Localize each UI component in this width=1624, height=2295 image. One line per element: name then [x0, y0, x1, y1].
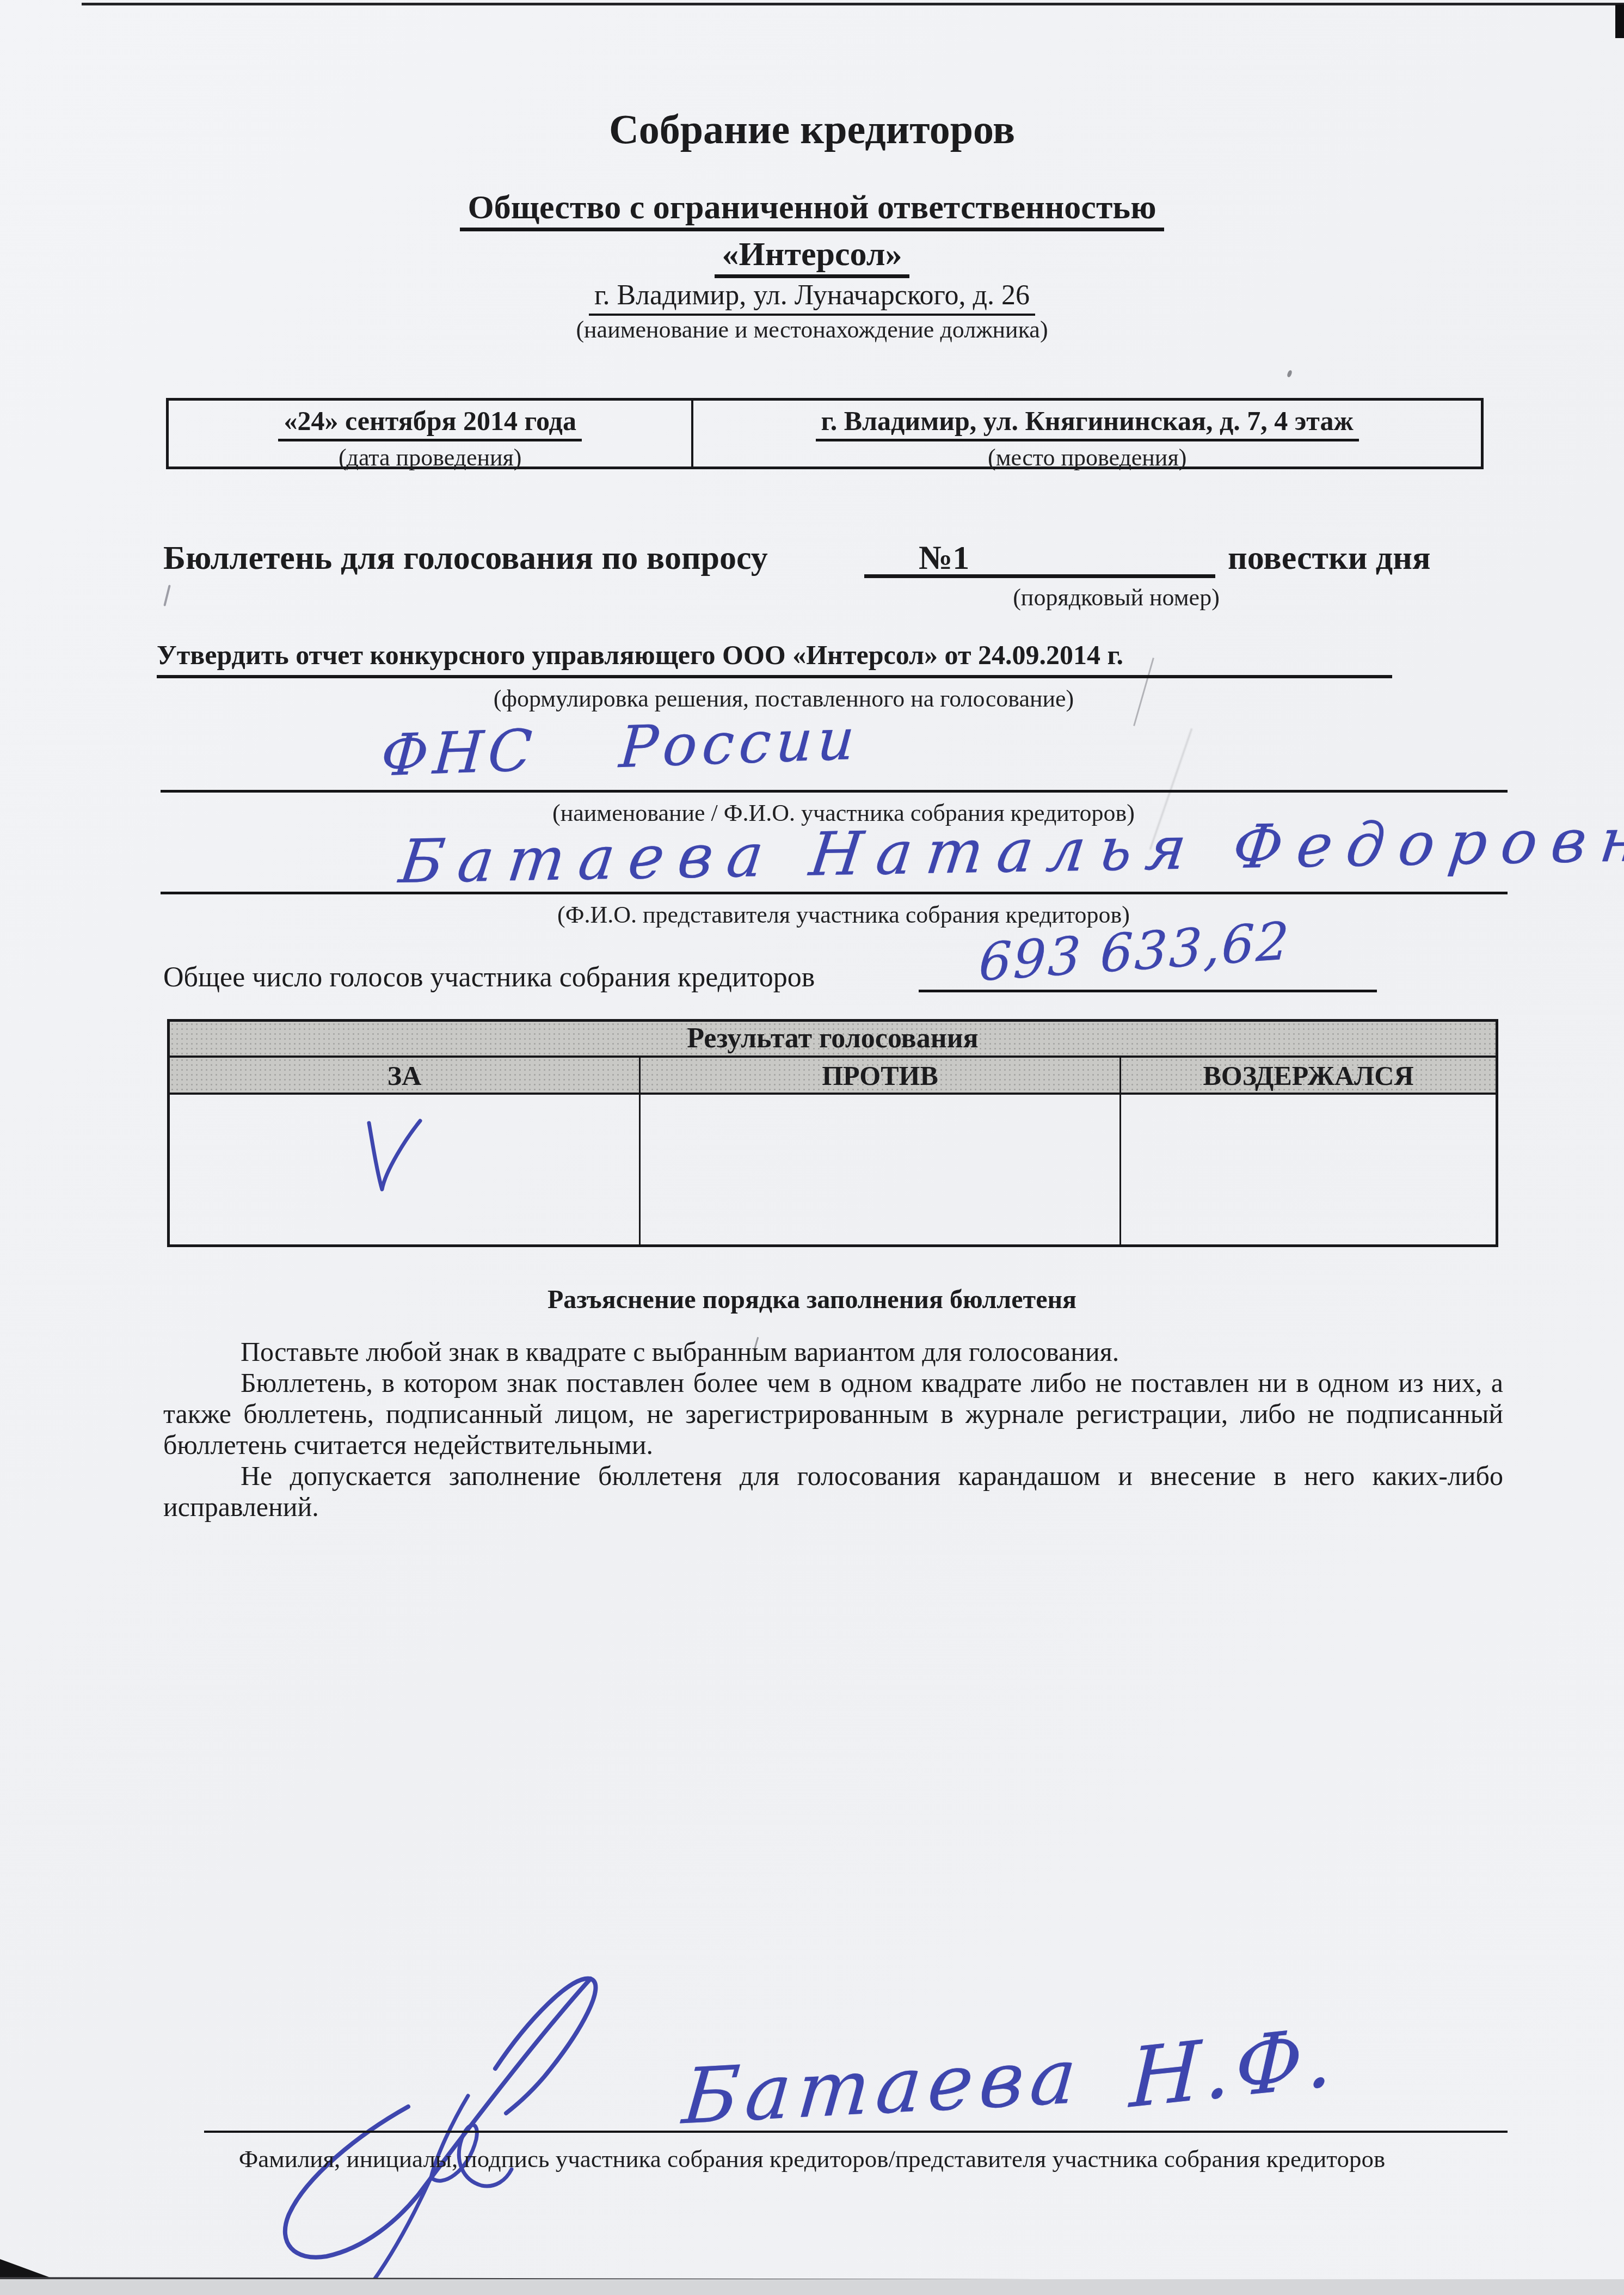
- decision-text: Утвердить отчет конкурсного управляющего…: [157, 638, 1392, 678]
- debtor-caption: (наименование и местонахождение должника…: [0, 316, 1624, 343]
- ballot-question-number-field: №1: [864, 542, 1215, 578]
- stray-pen-mark: [1287, 370, 1293, 378]
- representative-fill-line: [161, 892, 1508, 894]
- column-header-vozderzhalsya: ВОЗДЕРЖАЛСЯ: [1121, 1058, 1496, 1093]
- voting-result-table: Результат голосования ЗА ПРОТИВ ВОЗДЕРЖА…: [167, 1019, 1498, 1247]
- ballot-line-suffix: повестки дня: [1228, 542, 1430, 574]
- meeting-date: «24» сентября 2014 года: [278, 405, 581, 441]
- debtor-org-type-row: Общество с ограниченной ответственностью: [0, 189, 1624, 231]
- scan-edge-top-right: [1615, 4, 1624, 38]
- scan-bottom-strip: [0, 2279, 1624, 2295]
- vote-cell-vozderzhalsya: [1121, 1095, 1496, 1247]
- signature-caption: Фамилия, инициалы, подпись участника соб…: [0, 2145, 1624, 2173]
- representative-caption: (Ф.И.О. представителя участника собрания…: [180, 901, 1508, 929]
- ballot-question-number: №1: [919, 539, 969, 576]
- meeting-date-cell: «24» сентября 2014 года (дата проведения…: [169, 401, 693, 467]
- debtor-org-name-row: «Интерсол»: [0, 236, 1624, 278]
- signature-flourish: [234, 1960, 604, 2294]
- meeting-place-caption: (место проведения): [693, 444, 1481, 471]
- instructions-paragraph: Поставьте любой знак в квадрате с выбран…: [163, 1336, 1503, 1367]
- scan-edge-top: [82, 3, 1624, 5]
- instructions-heading: Разъяснение порядка заполнения бюллетеня: [0, 1285, 1624, 1315]
- instructions-paragraph: Бюллетень, в котором знак поставлен боле…: [163, 1367, 1503, 1461]
- ballot-line-prefix: Бюллетень для голосования по вопросу: [163, 542, 768, 574]
- voting-result-title: Результат голосования: [170, 1022, 1496, 1058]
- meeting-place-cell: г. Владимир, ул. Княгининская, д. 7, 4 э…: [693, 401, 1481, 467]
- debtor-address: г. Владимир, ул. Луначарского, д. 26: [589, 280, 1035, 316]
- participant-handwritten-name: ФНС России: [379, 705, 862, 789]
- vote-cell-protiv: [641, 1095, 1121, 1247]
- signature-handwritten-surname: Батаева: [679, 2032, 1086, 2141]
- voting-result-body-row: [170, 1095, 1496, 1247]
- debtor-address-row: г. Владимир, ул. Луначарского, д. 26: [0, 280, 1624, 316]
- voting-result-header-row: ЗА ПРОТИВ ВОЗДЕРЖАЛСЯ: [170, 1058, 1496, 1095]
- scanned-ballot-document: Собрание кредиторов Общество с ограничен…: [0, 0, 1624, 2295]
- signature-fill-line: [204, 2131, 1508, 2133]
- instructions-paragraph: Не допускается заполнение бюллетеня для …: [163, 1461, 1503, 1523]
- meeting-date-caption: (дата проведения): [169, 444, 691, 471]
- handwritten-vote-checkmark: [360, 1118, 425, 1194]
- votes-count-fill-line: [919, 990, 1377, 992]
- ballot-number-caption: (порядковый номер): [991, 584, 1241, 611]
- debtor-org-type: Общество с ограниченной ответственностью: [460, 189, 1164, 231]
- stray-pen-mark: [163, 585, 171, 606]
- votes-count-label: Общее число голосов участника собрания к…: [163, 961, 815, 993]
- column-header-za: ЗА: [170, 1058, 641, 1093]
- instructions-text: Поставьте любой знак в квадрате с выбран…: [163, 1336, 1503, 1523]
- meeting-place: г. Владимир, ул. Княгининская, д. 7, 4 э…: [816, 405, 1359, 441]
- vote-cell-za: [170, 1095, 641, 1247]
- page-title: Собрание кредиторов: [0, 108, 1624, 151]
- meeting-info-table: «24» сентября 2014 года (дата проведения…: [166, 398, 1484, 469]
- signature-handwritten-initials: Н.Ф.: [1128, 2009, 1339, 2127]
- column-header-protiv: ПРОТИВ: [641, 1058, 1121, 1093]
- participant-fill-line: [161, 790, 1508, 793]
- scan-corner-artifact: [0, 2259, 53, 2279]
- debtor-org-name: «Интерсол»: [715, 236, 910, 278]
